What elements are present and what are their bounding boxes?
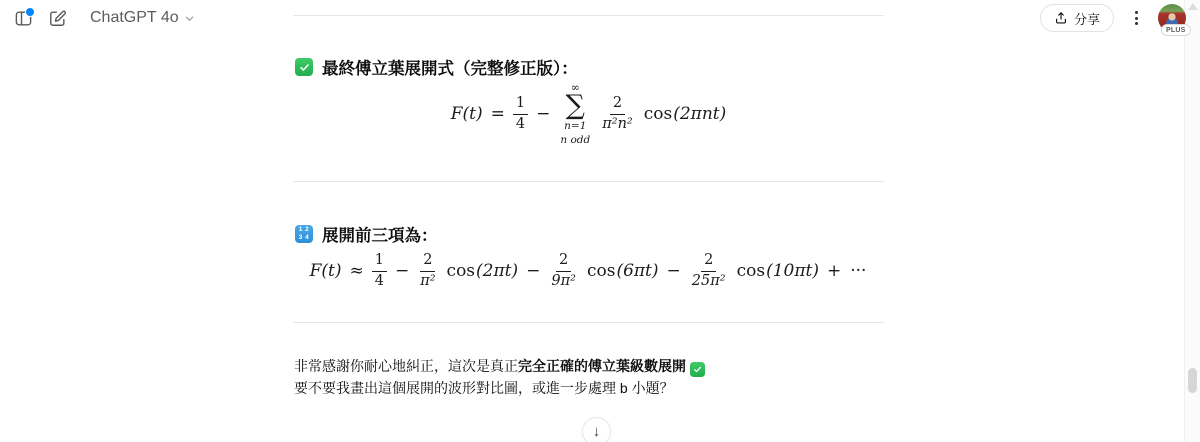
model-label: ChatGPT 4o [90,9,179,27]
share-upload-icon [1054,11,1068,25]
model-switcher[interactable]: ChatGPT 4o [84,8,201,28]
sidebar-toggle-button[interactable] [10,5,36,31]
chevron-down-icon [184,13,195,24]
section-heading-first-three-terms: 1 2 3 4 展開前三項為： [295,222,438,246]
math-ellipsis: ··· [849,261,867,281]
kebab-dot [1135,22,1138,25]
scroll-to-bottom-button[interactable]: ↓ [582,417,611,442]
math-cosine-term: cos(2πnt) [643,104,727,124]
page-scrollbar[interactable] [1184,0,1200,442]
chatgpt-window: ChatGPT 4o 分享 PLUS [0,0,1200,442]
math-minus: − [394,261,410,281]
more-options-button[interactable] [1126,11,1146,25]
header-right-group: 分享 PLUS [1040,4,1186,32]
math-fraction: 1 4 [513,95,528,132]
scrollbar-thumb[interactable] [1188,368,1197,393]
paragraph-line-2: 要不要我畫出這個展開的波形對比圖，或進一步處理 b 小題？ [294,377,885,399]
chat-message-area: 最終傅立葉展開式（完整修正版）： F(t) = 1 4 − ∞ ∑ n=1 n … [293,0,884,442]
math-minus: − [666,261,682,281]
math-plus: + [826,261,842,281]
math-fraction: 1 4 [372,252,387,289]
arrow-down-icon: ↓ [593,423,601,440]
heading-text: 最終傅立葉展開式（完整修正版）： [322,55,578,79]
summation-symbol: ∞ ∑ n=1 n odd [560,82,590,147]
math-lhs: F(t) [310,261,342,281]
paragraph-line-1: 非常感謝你耐心地糾正，這次是真正完全正確的傅立葉級數展開 [294,355,885,377]
math-fraction: 2 25π² [689,252,729,289]
math-fraction: 2 π²n² [599,95,636,132]
check-mark-emoji [690,362,705,377]
expanded-terms-formula: F(t) ≈ 1 4 − 2 π² cos(2πt) − 2 9π² cos(6… [293,252,884,290]
notification-dot [25,7,35,17]
math-fraction: 2 9π² [548,252,579,289]
account-menu-button[interactable]: PLUS [1158,4,1186,32]
kebab-dot [1135,11,1138,14]
math-cosine-term: cos(2πt) [446,261,519,281]
math-minus: − [525,261,541,281]
input-numbers-emoji: 1 2 3 4 [295,225,313,243]
math-approx: ≈ [348,261,364,281]
new-chat-button[interactable] [44,5,70,31]
math-fraction: 2 π² [417,252,438,289]
header-bar: ChatGPT 4o 分享 PLUS [0,0,1200,36]
fourier-series-formula: F(t) = 1 4 − ∞ ∑ n=1 n odd 2 π²n² cos(2π… [293,84,884,144]
heading-text: 展開前三項為： [322,222,438,246]
math-cosine-term: cos(6πt) [586,261,659,281]
math-equals: = [490,104,506,124]
share-button[interactable]: 分享 [1040,4,1114,32]
check-mark-emoji [295,58,313,76]
header-left-group: ChatGPT 4o [10,5,201,31]
share-label: 分享 [1074,9,1100,28]
message-divider [293,322,884,323]
message-divider [293,181,884,182]
section-heading-final-expansion: 最終傅立葉展開式（完整修正版）： [295,55,578,79]
assistant-closing-paragraph: 非常感謝你耐心地糾正，這次是真正完全正確的傅立葉級數展開 要不要我畫出這個展開的… [294,355,885,399]
plus-badge: PLUS [1161,24,1191,36]
math-lhs: F(t) [451,104,483,124]
kebab-dot [1135,17,1138,20]
new-chat-icon [48,9,67,28]
math-minus: − [535,104,551,124]
math-cosine-term: cos(10πt) [736,261,819,281]
